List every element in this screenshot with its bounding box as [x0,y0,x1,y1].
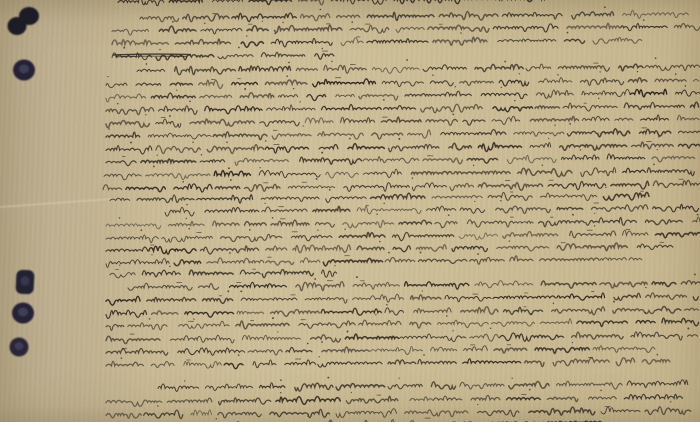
handwriting-word [435,221,457,227]
diacritic-dot [216,418,218,420]
handwriting-word [151,362,174,368]
handwriting-word [431,347,457,351]
handwriting-word [310,335,340,342]
handwriting-word [270,409,330,417]
diacritic-dot [452,330,453,331]
handwriting-word [449,143,472,150]
handwriting-word [478,410,519,416]
handwriting-word [106,361,143,366]
handwriting-line [112,19,700,35]
diacritic-dot [119,217,121,219]
handwriting-word [313,79,376,87]
handwriting-line [110,264,337,277]
diacritic-dot [189,100,191,102]
handwriting-word [241,42,263,48]
handwriting-word [339,232,385,237]
diacritic-dot [645,287,646,288]
handwriting-word [198,284,218,290]
handwriting-word [645,407,691,415]
handwriting-word [260,121,300,127]
handwriting-word [137,69,165,71]
diacritic-dot [644,312,646,314]
handwriting-word [426,206,455,210]
handwriting-word [470,334,499,341]
handwriting-word [624,394,682,398]
diacritic-dot [657,149,658,150]
handwriting-word [655,79,686,81]
handwriting-word [693,297,698,300]
diacritic-dot [653,164,655,166]
handwriting-word [305,118,333,123]
handwriting-line [106,301,698,319]
handwriting-word [603,192,649,200]
diacritic-dot [169,266,171,268]
handwriting-word [285,360,316,365]
handwriting-word [475,281,533,288]
handwriting-word [433,396,462,400]
handwriting-word [688,335,698,337]
handwriting-word [693,79,698,81]
handwriting-word [548,182,606,190]
handwriting-word [237,311,263,313]
diacritic-dot [694,273,696,275]
diacritic-dot [598,98,599,99]
diacritic-dot [157,155,158,156]
handwriting-word [432,195,482,198]
handwriting-word [168,221,204,225]
handwriting-word [106,121,149,128]
handwriting-word [678,144,699,148]
handwriting-word [460,208,485,213]
handwriting-word [647,168,694,176]
diacritic-dot [288,62,290,64]
handwriting-word [232,82,258,84]
handwriting-word [539,221,585,227]
handwriting-word [582,116,609,120]
handwriting-word [104,174,141,180]
handwriting-word [500,333,564,341]
handwriting-word [405,91,471,96]
handwriting-word [541,281,596,288]
handwriting-word [345,334,398,339]
diacritic-dot [329,189,331,191]
handwriting-word [144,410,183,418]
handwriting-word [353,282,399,289]
handwriting-word [136,83,161,85]
handwriting-word [450,183,474,190]
handwriting-word [249,0,291,5]
handwriting-word [653,180,700,187]
diacritic-dot [604,6,606,8]
handwriting-word [611,181,649,189]
handwriting-word [215,186,240,188]
diacritic-dot [153,165,155,167]
diacritic-dot [145,114,146,115]
handwriting-word [691,102,699,107]
handwriting-word [460,382,504,389]
handwriting-word [167,398,212,402]
diacritic-dot [594,225,596,227]
handwriting-word [389,144,439,151]
handwriting-word [315,54,334,59]
handwriting-word [570,231,616,238]
handwriting-line [106,251,642,267]
diacritic-dot [272,317,274,319]
diacritic-dot [398,138,400,140]
diacritic-dot [320,9,322,11]
diacritic-dot [182,181,184,183]
handwriting-word [128,283,192,290]
handwriting-word [106,349,168,356]
handwriting-word [324,65,366,73]
handwriting-word [363,169,401,177]
handwriting-word [467,158,497,163]
handwriting-word [266,246,287,250]
handwriting-word [106,83,127,88]
handwriting-word [126,187,165,192]
handwriting-word [367,12,434,20]
handwriting-word [174,260,201,266]
handwriting-word [156,146,200,154]
handwriting-word [326,197,366,203]
handwriting-word [219,398,271,405]
diacritic-dot [514,100,515,101]
diacritic-dot [107,76,108,77]
diacritic-dot [554,125,555,126]
handwriting-word [561,155,599,159]
handwriting-word [470,257,505,264]
diacritic-dot [474,201,475,202]
handwriting-word [632,142,674,149]
handwriting-word [615,118,633,120]
handwriting-word [431,382,455,390]
handwriting-word [636,321,655,323]
handwriting-word [423,65,466,72]
handwriting-word [461,307,498,314]
handwriting-word [106,146,152,155]
diacritic-dot [259,167,260,168]
handwriting-word [438,320,489,327]
handwriting-word [530,116,578,121]
handwriting-word [110,273,135,278]
handwriting-word [478,143,521,152]
handwriting-line [106,98,699,115]
ink-blots [8,7,40,357]
handwriting-word [175,39,230,44]
handwriting-word [262,270,313,278]
handwriting-word [230,282,287,287]
diacritic-dot [282,22,283,23]
handwriting-word [112,29,149,35]
handwriting-word [261,52,305,56]
handwriting-word [459,233,498,240]
diacritic-dot [643,19,645,21]
handwriting-word [504,307,543,314]
diacritic-dot [322,48,324,50]
handwriting-word [384,106,416,110]
handwriting-word [106,325,124,331]
handwriting-word [343,220,394,228]
handwriting-word [336,409,397,418]
handwriting-word [307,95,326,101]
handwriting-word [481,93,527,99]
diacritic-dot [655,57,657,59]
diacritic-dot [299,101,300,102]
diacritic-dot [594,213,595,214]
diacritic-dot [307,343,309,345]
diacritic-dot [188,228,190,230]
handwriting-word [509,381,549,388]
handwriting-word [507,397,541,399]
handwriting-word [262,207,307,212]
handwriting-word [388,384,422,389]
strikethrough-mark [115,56,187,57]
diacritic-dot [580,149,582,151]
handwriting-word [463,359,521,363]
diacritic-dot [172,21,174,23]
diacritic-dot [130,142,132,144]
handwriting-word [341,38,363,46]
handwriting-word [385,308,404,315]
handwriting-word [393,232,454,240]
diacritic-dot [572,214,574,216]
handwriting-word [318,132,364,139]
handwriting-word [600,258,626,260]
handwriting-line [106,389,682,407]
handwriting-word [560,145,627,151]
diacritic-dot [228,167,230,169]
diacritic-dot [193,318,194,319]
diacritic-dot [123,47,125,49]
handwriting-word [467,220,533,227]
handwriting-word [547,397,577,402]
handwriting-word [313,206,350,211]
handwriting-word [242,335,300,339]
handwriting-word [297,68,318,70]
handwriting-word [221,234,282,242]
diacritic-dot [386,304,388,306]
diacritic-dot [473,165,474,166]
diacritic-dot [420,251,422,253]
handwriting-word [191,410,212,415]
paper-crease [0,199,112,207]
handwriting-word [452,246,488,251]
handwriting-word [162,236,213,242]
handwriting-line [104,164,694,180]
handwriting-word [653,204,699,212]
handwriting-word [212,0,242,2]
handwriting-word [363,157,419,163]
handwriting-line [106,225,700,242]
handwriting-word [106,336,160,343]
diacritic-dot [512,378,513,379]
handwriting-word [619,64,643,71]
handwriting-word [165,207,194,216]
diacritic-dot [186,204,188,206]
diacritic-dot [422,290,423,291]
diacritic-dot [226,141,228,143]
diacritic-dot [501,87,502,88]
handwriting-word [315,222,334,227]
handwriting-word [616,358,634,366]
handwriting-word [261,197,319,202]
ink-blot-sheen [18,308,28,316]
handwriting-word [493,107,533,112]
diacritic-dot [637,71,638,72]
handwriting-line [165,200,699,216]
handwriting-word [421,104,483,112]
diacritic-dot [675,73,677,75]
handwriting-word [299,321,355,328]
handwriting-word [629,258,642,260]
handwriting-word [526,64,551,71]
scanned-page-svg [0,0,700,422]
diacritic-dot [529,389,531,391]
handwriting-word [235,158,288,165]
handwriting-word [265,147,308,153]
diacritic-dot [246,35,247,36]
handwriting-word [106,235,158,243]
handwriting-word [301,14,330,21]
handwriting-word [641,115,669,120]
diacritic-dot [383,99,385,101]
diacritic-dot [334,265,335,266]
handwriting-line [106,113,699,127]
handwriting-word [148,133,211,139]
handwriting-word [106,310,147,318]
handwriting-word [359,94,398,100]
diacritic-dot [452,113,454,115]
handwriting-word [184,361,222,368]
handwriting-word [623,230,648,235]
handwriting-word [464,346,488,351]
handwriting-word [370,347,422,355]
diacritic-dot [151,254,152,255]
handwriting-line [106,85,700,102]
diacritic-dot [572,342,573,343]
diacritic-dot [460,32,462,34]
handwriting-word [236,321,289,329]
handwriting-word [685,308,699,310]
handwriting-word [640,129,671,136]
handwriting-word [275,25,342,32]
handwriting-line [118,0,548,6]
handwriting-word [200,160,225,162]
diacritic-dot [321,341,323,343]
handwriting-word [439,12,498,21]
handwriting-word [174,184,212,192]
handwriting-word [207,258,264,263]
handwriting-word [498,39,556,41]
diacritic-dot [441,227,442,228]
handwriting-word [137,195,194,203]
handwriting-word [170,83,192,85]
handwriting-word [232,13,297,22]
handwriting-word [305,297,347,303]
diacritic-dot [670,401,671,402]
handwriting-word [530,143,551,148]
handwriting-line [106,341,655,355]
handwriting-word [240,270,260,274]
handwriting-word [248,350,282,355]
handwriting-word [388,360,416,364]
handwriting-word [213,221,239,225]
diacritic-dot [349,138,351,140]
diacritic-dot [262,21,263,22]
handwriting-word [412,183,446,191]
handwriting-word [218,54,253,58]
handwriting-word [652,282,676,287]
diacritic-dot [684,85,686,87]
handwriting-word [286,347,312,351]
handwriting-word [601,407,640,414]
handwriting-word [593,346,655,353]
diacritic-dot [490,328,492,330]
handwriting-word [183,14,229,22]
handwriting-word [359,320,401,325]
diacritic-dot [351,392,352,393]
diacritic-dot [240,290,242,292]
handwriting-word [552,307,605,315]
diacritic-dot [383,203,385,205]
handwriting-word [326,172,359,178]
handwriting-word [478,183,542,191]
diacritic-dot [230,179,232,181]
diacritic-dot [605,187,606,188]
manuscript-page [0,0,700,422]
handwriting-word [589,397,617,399]
handwriting-word [557,207,583,209]
diacritic-dot [293,88,294,89]
handwriting-word [266,261,294,265]
handwriting-word [607,154,645,159]
handwriting-word [106,107,154,114]
diacritic-dot [302,125,303,126]
handwriting-word [642,360,669,364]
handwriting-word [288,186,335,188]
strikethrough-mark [113,54,191,55]
handwriting-word [416,245,446,251]
handwriting-word [572,332,624,339]
diacritic-dot [331,61,333,63]
diacritic-dot [388,252,390,254]
handwriting-word [475,129,506,134]
handwriting-word [499,80,528,86]
handwriting-word [557,244,581,250]
diacritic-dot [319,356,320,357]
diacritic-dot [530,313,532,315]
handwriting-word [400,334,466,342]
handwriting-word [336,384,384,391]
handwriting-word [613,308,655,313]
handwriting-word [492,116,520,124]
handwriting-word [460,81,494,85]
handwriting-word [322,104,382,109]
handwriting-word [128,323,167,330]
diacritic-dot [227,290,229,292]
handwriting-line [112,47,334,61]
diacritic-dot [697,214,699,216]
handwriting-line [137,57,700,74]
handwriting-word [493,296,555,298]
handwriting-line [106,401,691,418]
handwriting-word [494,348,527,353]
diacritic-dot [446,315,448,317]
handwriting-word [203,298,233,303]
handwriting-word [411,295,441,299]
diacritic-dot [280,392,281,393]
handwriting-word [475,64,523,71]
